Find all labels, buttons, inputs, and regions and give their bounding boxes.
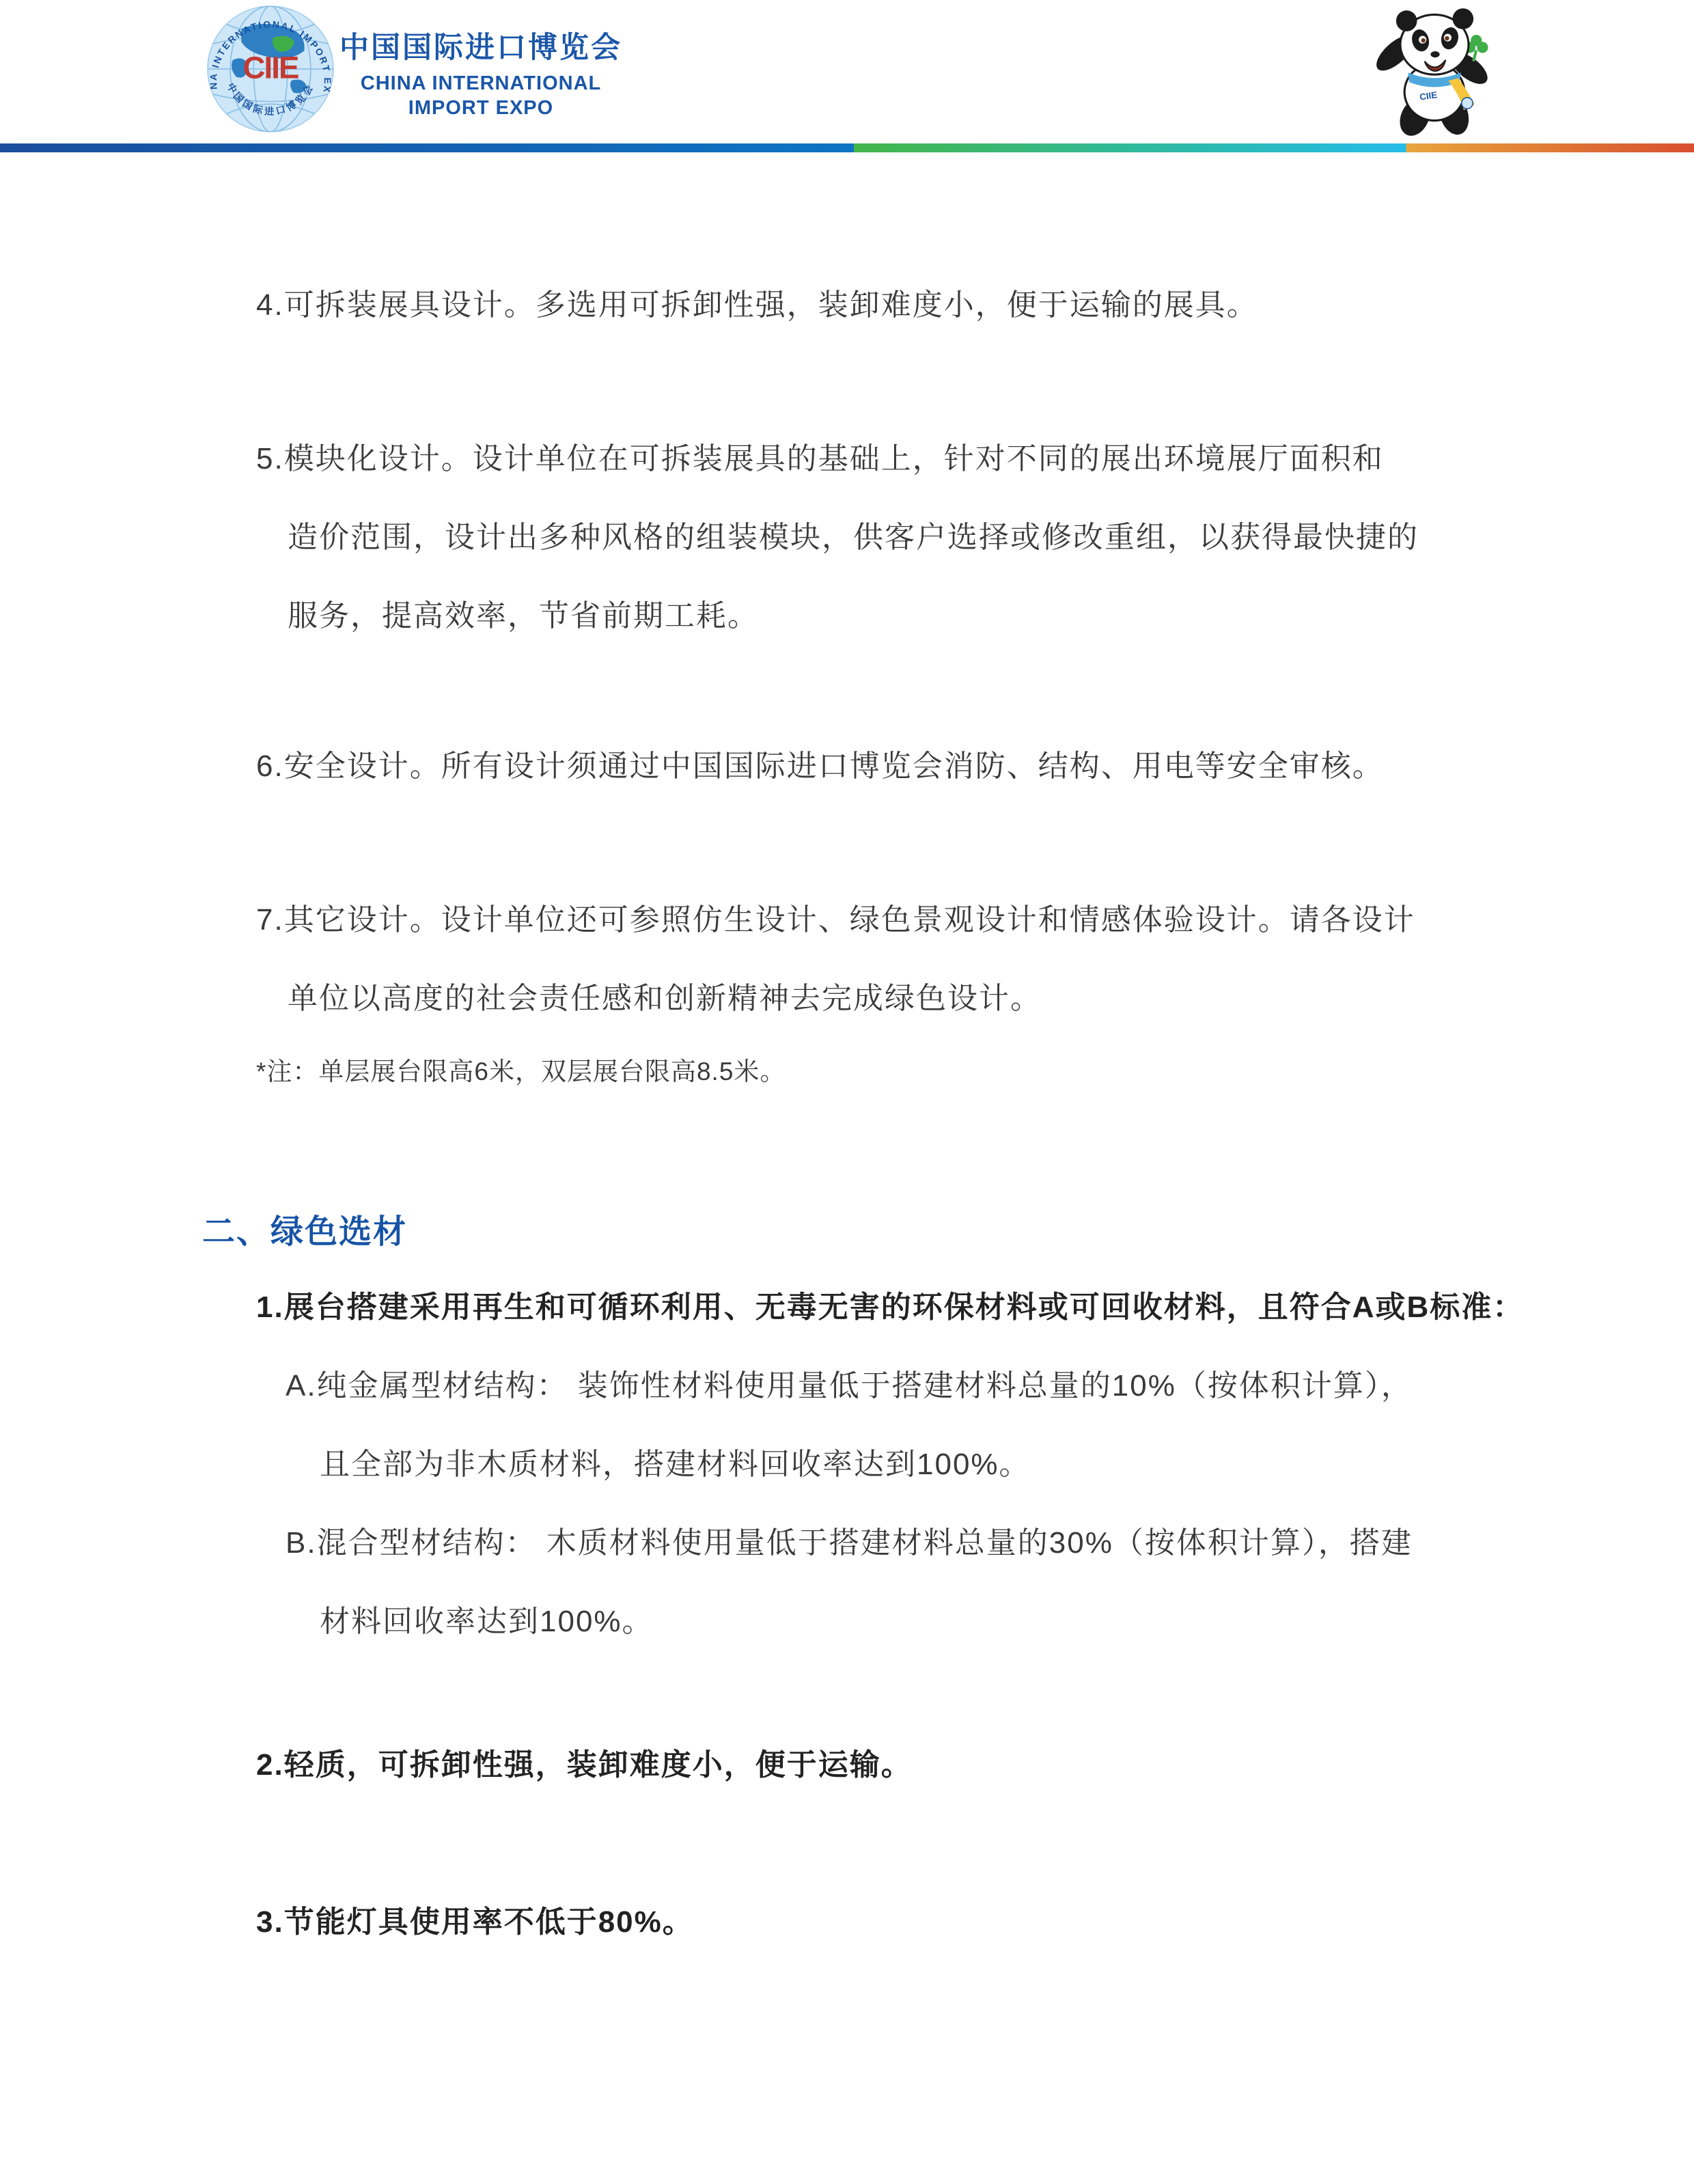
logo-title-en-line2: IMPORT EXPO xyxy=(337,96,624,120)
emblem-monogram: CIIE xyxy=(242,50,298,85)
list-item-7: 7.其它设计。设计单位还可参照仿生设计、绿色景观设计和情感体验设计。请各设计 单… xyxy=(256,881,1589,1038)
section2-item-3: 3.节能灯具使用率不低于80%。 xyxy=(256,1883,1589,1961)
logo-title-zh: 中国国际进口博览会 xyxy=(337,30,624,66)
section2-item-1a: A.纯金属型材结构： 装饰性材料使用量低于搭建材料总量的10%（按体积计算）， … xyxy=(286,1346,1589,1504)
list-item-4: 4.可拆装展具设计。多选用可拆卸性强，装卸难度小，便于运输的展具。 xyxy=(256,266,1589,344)
section2-item-2: 2.轻质，可拆卸性强，装卸难度小，便于运输。 xyxy=(256,1726,1589,1804)
ciie-emblem-icon: CHINA INTERNATIONAL IMPORT EXPO 中国国际进口博览… xyxy=(204,4,337,134)
document-content: 4.可拆装展具设计。多选用可拆卸性强，装卸难度小，便于运输的展具。 5.模块化设… xyxy=(202,266,1589,1961)
list-item-5: 5.模块化设计。设计单位在可拆装展具的基础上，针对不同的展出环境展厅面积和 造价… xyxy=(256,419,1589,655)
header-divider-bar xyxy=(0,143,1694,152)
header: CHINA INTERNATIONAL IMPORT EXPO 中国国际进口博览… xyxy=(0,0,1694,152)
logo-wordmark: 中国国际进口博览会 CHINA INTERNATIONAL IMPORT EXP… xyxy=(337,30,624,120)
section-title-green-materials: 二、绿色选材 xyxy=(202,1205,1589,1260)
document-page: CHINA INTERNATIONAL IMPORT EXPO 中国国际进口博览… xyxy=(0,0,1694,2184)
section2-item-1b: B.混合型材结构： 木质材料使用量低于搭建材料总量的30%（按体积计算），搭建 … xyxy=(286,1504,1589,1661)
logo-title-en-line1: CHINA INTERNATIONAL xyxy=(337,71,624,96)
section2-item-1: 1.展台搭建采用再生和可循环利用、无毒无害的环保材料或可回收材料，且符合A或B标… xyxy=(256,1268,1589,1346)
footnote: *注：单层展台限高6米，双层展台限高8.5米。 xyxy=(256,1048,1589,1096)
list-item-6: 6.安全设计。所有设计须通过中国国际进口博览会消防、结构、用电等安全审核。 xyxy=(256,727,1589,805)
panda-mascot-icon: CIIE xyxy=(1361,0,1508,139)
